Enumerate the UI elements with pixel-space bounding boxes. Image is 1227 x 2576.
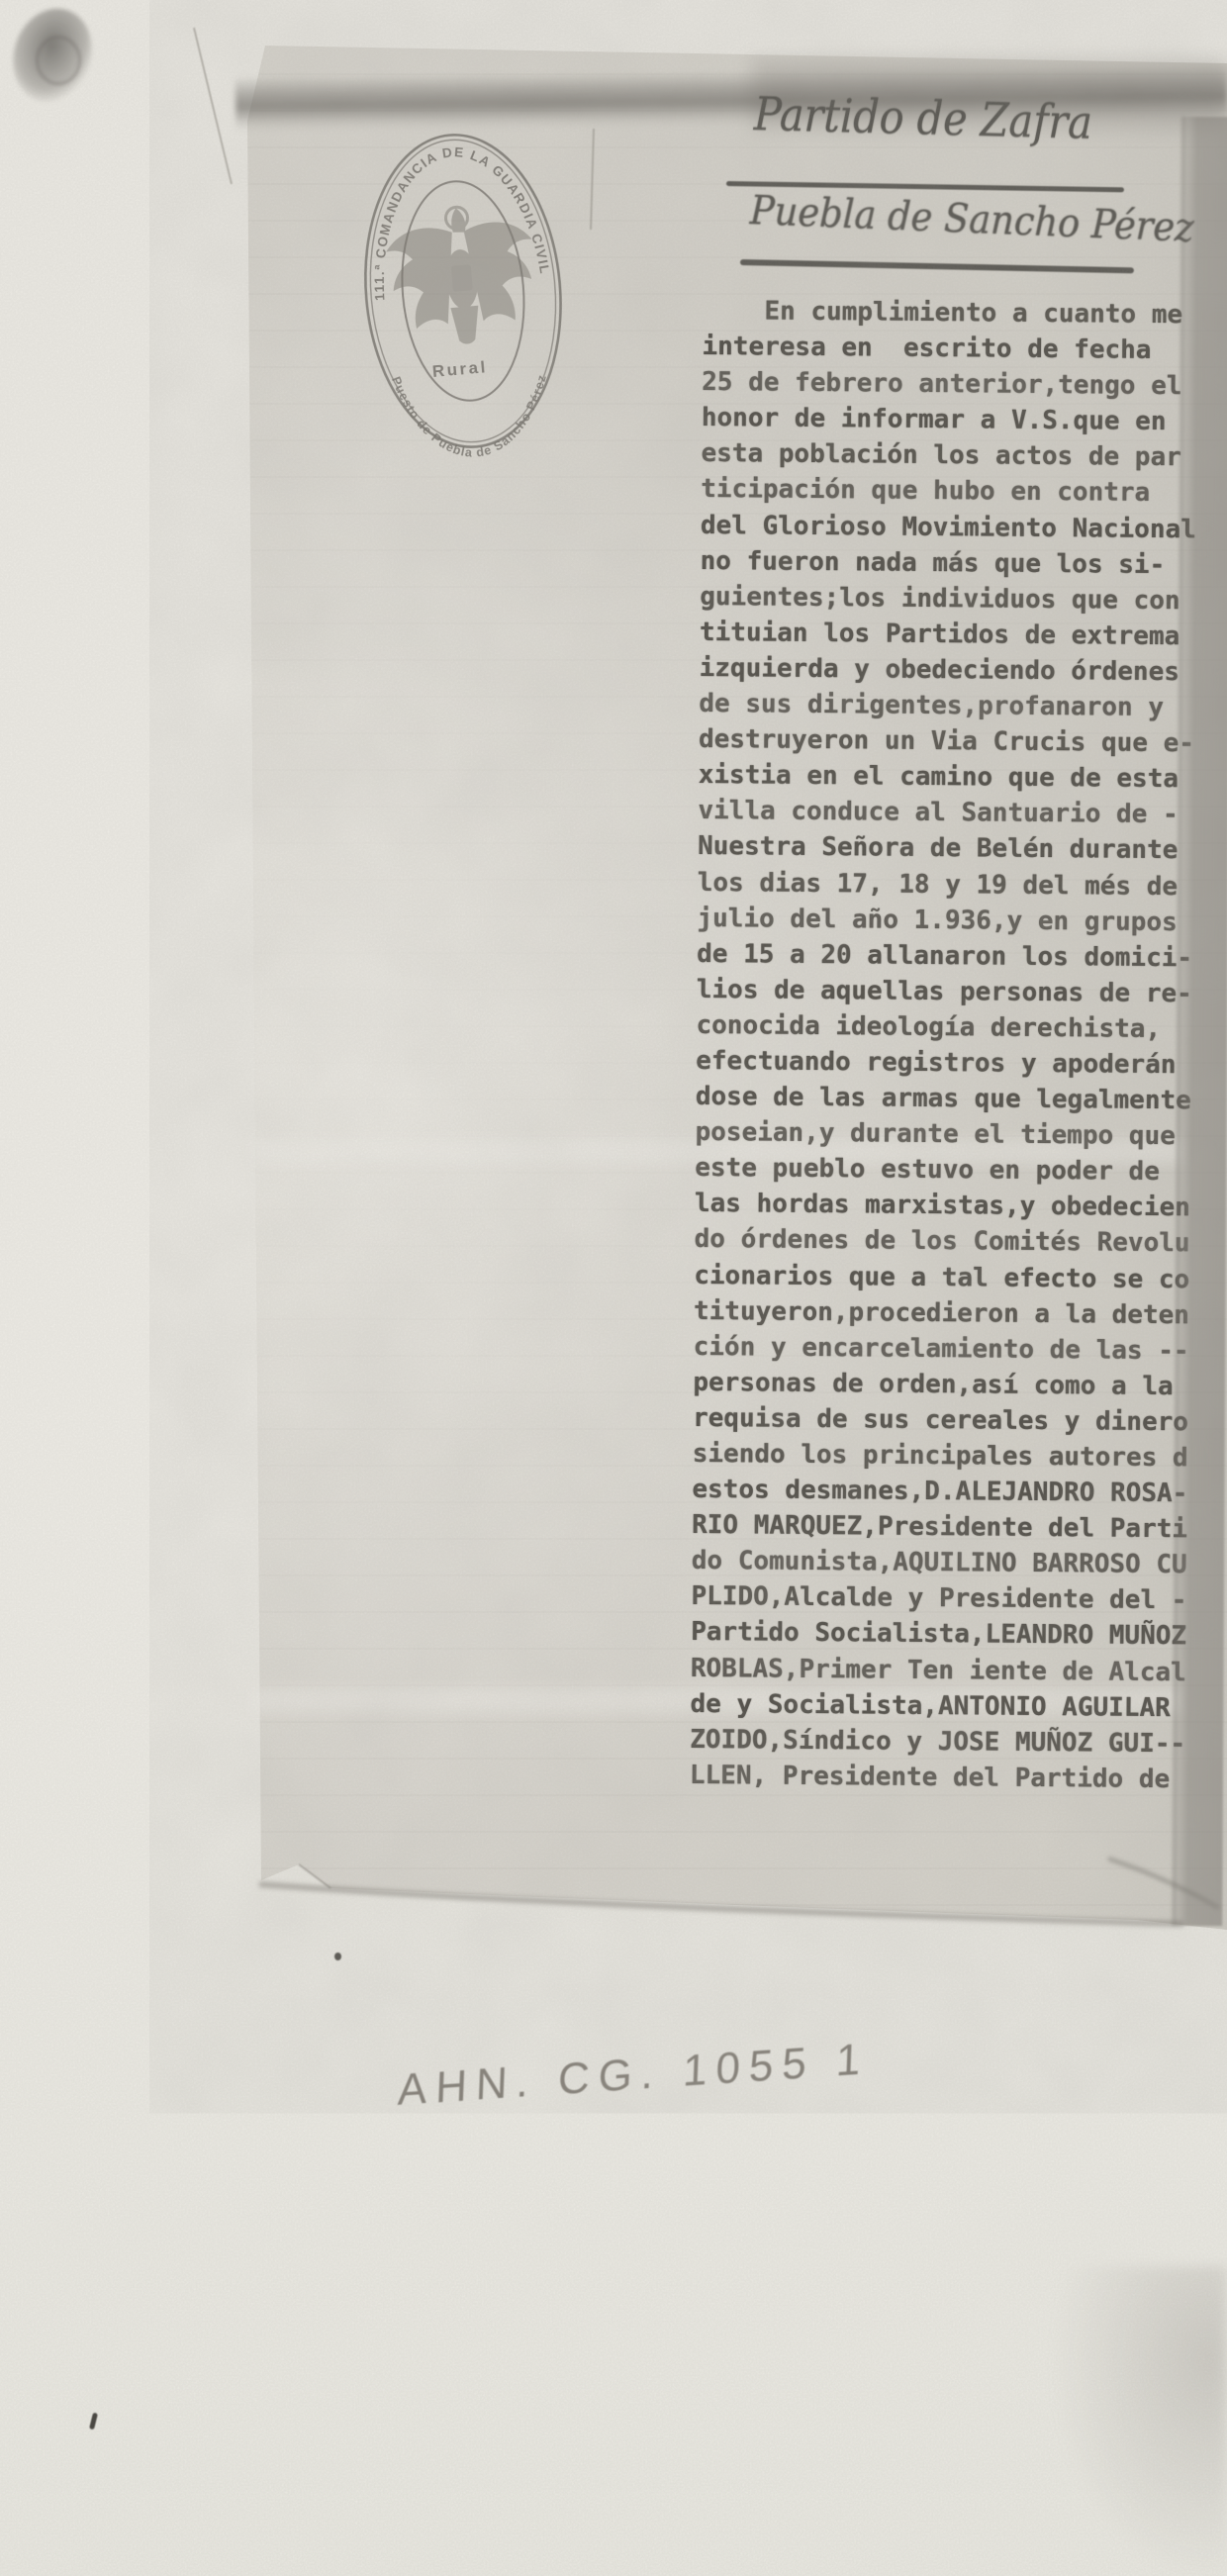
typed-line: PLIDO,Alcalde y Presidente del - bbox=[691, 1578, 1205, 1619]
page-edge-shadow-band bbox=[1169, 117, 1227, 1926]
typed-line: Nuestra Señora de Belén durante bbox=[698, 828, 1212, 869]
typed-line: no fueron nada más que los si- bbox=[700, 543, 1214, 584]
typed-line: de y Socialista,ANTONIO AGUILAR bbox=[690, 1686, 1204, 1727]
ink-dot bbox=[334, 1953, 341, 1960]
stamp-rural-label: Rural bbox=[431, 357, 488, 381]
typed-line: de sus dirigentes,profanaron y bbox=[699, 686, 1213, 726]
typed-line: de 15 a 20 allanaron los domici- bbox=[697, 936, 1211, 977]
typed-line: requisa de sus cereales y dinero bbox=[693, 1400, 1207, 1441]
typed-line: este pueblo estuvo en poder de bbox=[695, 1150, 1209, 1191]
typed-line: tituian los Partidos de extrema bbox=[700, 615, 1214, 655]
typed-line: interesa en escrito de fecha bbox=[702, 329, 1216, 369]
typed-line: ZOIDO,Síndico y JOSE MUÑOZ GUI-- bbox=[690, 1722, 1204, 1763]
typed-line: RIO MARQUEZ,Presidente del Parti bbox=[692, 1507, 1206, 1548]
typed-line: izquierda y obedeciendo órdenes bbox=[700, 650, 1214, 691]
typed-line: conocida ideología derechista, bbox=[696, 1007, 1210, 1048]
typed-line: efectuando registros y apoderán bbox=[696, 1043, 1210, 1084]
scanned-document-canvas: { "page": { "handwritten_header": { "lin… bbox=[0, 0, 1227, 2576]
typed-line: LLEN, Presidente del Partido de bbox=[690, 1758, 1204, 1798]
typed-line: poseian,y durante el tiempo que bbox=[695, 1114, 1209, 1155]
bottom-right-shading bbox=[1049, 2266, 1227, 2576]
typed-line: destruyeron un Via Crucis que e- bbox=[699, 721, 1213, 762]
guardia-civil-stamp: 111.ª COMANDANCIA DE LA GUARDIA CIVIL Pu… bbox=[330, 111, 596, 472]
typed-line: dose de las armas que legalmente bbox=[696, 1079, 1210, 1119]
typed-line: do órdenes de los Comités Revolu bbox=[694, 1221, 1208, 1262]
header-partido-de-zafra: Partido de Zafra bbox=[753, 87, 1092, 150]
typed-line: ROBLAS,Primer Ten iente de Alcal bbox=[691, 1651, 1205, 1691]
typed-line: ción y encarcelamiento de las -- bbox=[694, 1329, 1208, 1370]
typed-line: xistia en el camino que de esta bbox=[699, 757, 1213, 798]
typed-line: ticipación que hubo en contra bbox=[701, 471, 1215, 512]
typed-line: del Glorioso Movimiento Nacional bbox=[701, 508, 1215, 548]
typed-line: lios de aquellas personas de re- bbox=[697, 972, 1211, 1012]
typed-line: siendo los principales autores d bbox=[693, 1436, 1207, 1477]
typed-line: las hordas marxistas,y obedecien bbox=[695, 1186, 1209, 1226]
stamp-ring-text-bottom: Puesto de Puebla de Sancho Pérez bbox=[389, 362, 556, 467]
typed-line: villa conduce al Santuario de - bbox=[698, 793, 1212, 833]
scan-corner-ring-mark bbox=[36, 36, 81, 85]
typed-line: Partido Socialista,LEANDRO MUÑOZ bbox=[691, 1614, 1205, 1655]
typed-text-block: En cumplimiento a cuanto meinteresa en e… bbox=[690, 293, 1217, 1797]
typed-line: cionarios que a tal efecto se co bbox=[694, 1257, 1208, 1297]
typed-line: guientes;los individuos que con bbox=[700, 579, 1214, 620]
typed-line: los dias 17, 18 y 19 del més de bbox=[698, 864, 1212, 905]
typed-line: esta población los actos de par bbox=[701, 435, 1215, 476]
typed-line: personas de orden,así como a la bbox=[693, 1365, 1207, 1405]
typed-line: honor de informar a V.S.que en bbox=[702, 400, 1216, 440]
typed-line: En cumplimiento a cuanto me bbox=[703, 293, 1217, 334]
archive-reference-note: AHN. CG. 1055 1 bbox=[397, 2035, 870, 2116]
crease-line bbox=[194, 28, 232, 184]
eagle-emblem-icon bbox=[383, 201, 541, 350]
typed-line: do Comunista,AQUILINO BARROSO CU bbox=[692, 1543, 1206, 1583]
typed-line: tituyeron,procedieron a la deten bbox=[694, 1293, 1208, 1334]
typed-line: estos desmanes,D.ALEJANDRO ROSA- bbox=[692, 1472, 1206, 1512]
typed-line: 25 de febrero anterior,tengo el bbox=[702, 364, 1216, 405]
typed-line: julio del año 1.936,y en grupos bbox=[697, 901, 1211, 941]
pen-mark bbox=[89, 2413, 98, 2431]
